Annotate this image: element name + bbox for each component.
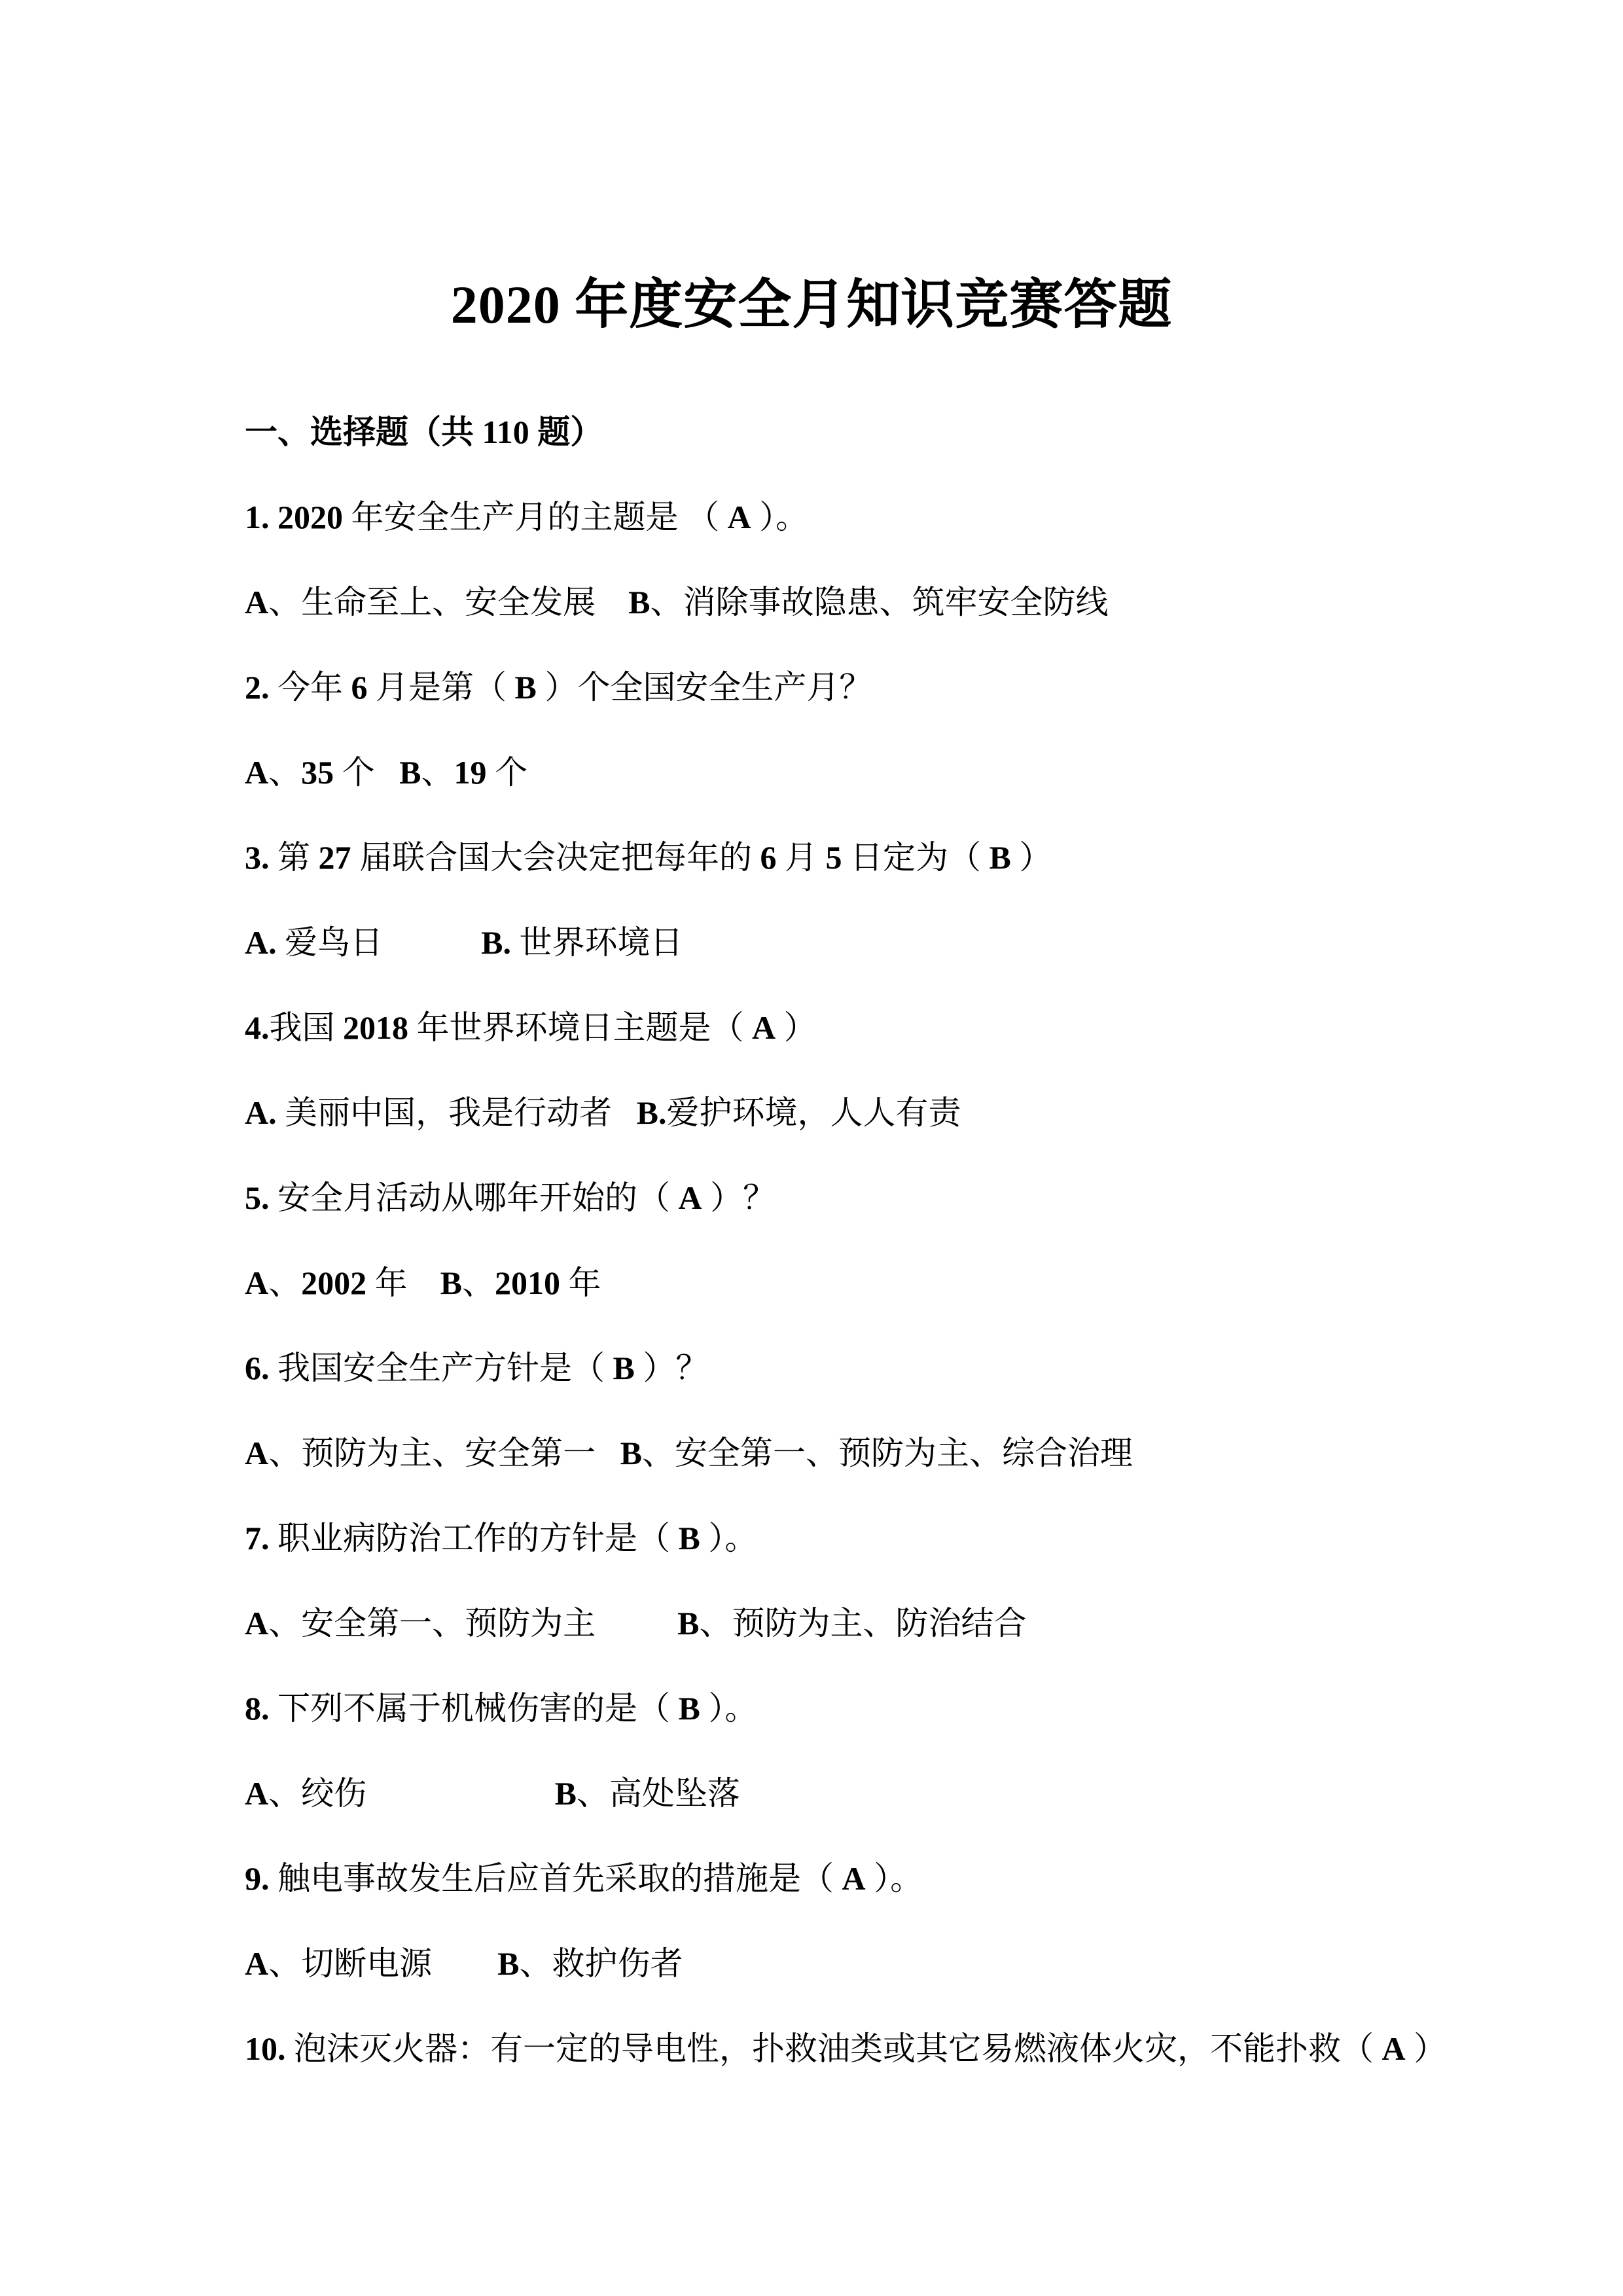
question-text: 5. 安全月活动从哪年开始的（ A ）？ bbox=[245, 1155, 1378, 1240]
question-text: 1. 2020 年安全生产月的主题是 （ A ）。 bbox=[245, 475, 1378, 560]
document-title: 2020 年度安全月知识竞赛答题 bbox=[0, 262, 1623, 338]
options-text: A、生命至上、安全发展 B、消除事故隐患、筑牢安全防线 bbox=[245, 560, 1378, 645]
question-text: 9. 触电事故发生后应首先采取的措施是（ A ）。 bbox=[245, 1836, 1378, 1921]
options-text: A. 爱鸟日 B. 世界环境日 bbox=[245, 900, 1378, 985]
options-text: A、安全第一、预防为主 B、预防为主、防治结合 bbox=[245, 1581, 1378, 1666]
question-text: 6. 我国安全生产方针是（ B ）？ bbox=[245, 1325, 1378, 1410]
options-text: A、绞伤 B、高处坠落 bbox=[245, 1751, 1378, 1836]
question-text: 4.我国 2018 年世界环境日主题是（ A ） bbox=[245, 985, 1378, 1070]
options-text: A、2002 年 B、2010 年 bbox=[245, 1240, 1378, 1325]
question-text: 3. 第 27 届联合国大会决定把每年的 6 月 5 日定为（ B ） bbox=[245, 815, 1378, 900]
question-text: 10. 泡沫灭火器：有一定的导电性，扑救油类或其它易燃液体火灾，不能扑救（ A … bbox=[245, 2006, 1378, 2091]
question-text: 8. 下列不属于机械伤害的是（ B ）。 bbox=[245, 1666, 1378, 1751]
section-heading: 一、选择题（共 110 题） bbox=[245, 389, 1378, 475]
options-text: A、切断电源 B、救护伤者 bbox=[245, 1921, 1378, 2006]
question-text: 7. 职业病防治工作的方针是（ B ）。 bbox=[245, 1496, 1378, 1581]
question-text: 2. 今年 6 月是第（ B ）个全国安全生产月？ bbox=[245, 645, 1378, 730]
document-page: 2020 年度安全月知识竞赛答题 一、选择题（共 110 题） 1. 2020 … bbox=[0, 0, 1623, 2296]
options-text: A. 美丽中国，我是行动者 B.爱护环境，人人有责 bbox=[245, 1070, 1378, 1155]
options-text: A、35 个 B、19 个 bbox=[245, 730, 1378, 815]
options-text: A、预防为主、安全第一 B、安全第一、预防为主、综合治理 bbox=[245, 1410, 1378, 1496]
document-body: 一、选择题（共 110 题） 1. 2020 年安全生产月的主题是 （ A ）。… bbox=[245, 389, 1378, 2091]
